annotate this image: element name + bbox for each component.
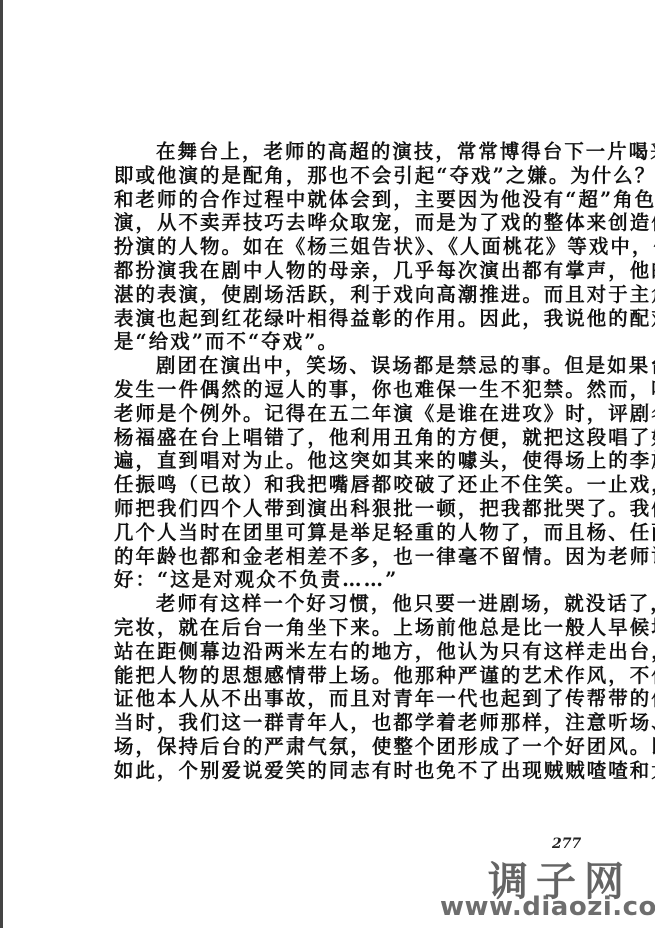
text-line: 当时，我们这一群青年人，也都学着老师那样，注意听场、候 bbox=[114, 711, 594, 735]
text-line: 场，保持后台的严肃气氛，使整个团形成了一个好团风。即使 bbox=[114, 735, 594, 759]
text-line: 演，从不卖弄技巧去哗众取宠，而是为了戏的整体来创造他所 bbox=[114, 211, 594, 235]
text-line: 在舞台上，老师的高超的演技，常常博得台下一片喝采声。 bbox=[114, 140, 594, 164]
text-line: 扮演的人物。如在《杨三姐告状》、《人面桃花》等戏中，他 bbox=[114, 235, 594, 259]
text-line: 表演也起到红花绿叶相得益彰的作用。因此，我说他的配戏就 bbox=[114, 307, 594, 331]
scan-left-edge bbox=[0, 0, 3, 928]
text-line: 站在距侧幕边沿两米左右的地方，他认为只有这样走出台，才 bbox=[114, 640, 594, 664]
text-line: 发生一件偶然的逗人的事，你也难保一生不犯禁。然而，唯独 bbox=[114, 378, 594, 402]
text-line: 老师是个例外。记得在五二年演《是谁在进攻》时，评剧名丑 bbox=[114, 402, 594, 426]
text-line: 老师有这样一个好习惯，他只要一进剧场，就没话了，化 bbox=[114, 592, 594, 616]
text-line: 杨福盛在台上唱错了，他利用丑角的方便，就把这段唱了好几 bbox=[114, 426, 594, 450]
text-line: 证他本人从不出事故，而且对青年一代也起到了传帮带的作用。 bbox=[114, 687, 594, 711]
page-body: 在舞台上，老师的高超的演技，常常博得台下一片喝采声。 即或他演的是配角，那也不会… bbox=[114, 140, 594, 783]
text-line: 师把我们四个人带到演出科狠批一顿，把我都批哭了。我们这 bbox=[114, 497, 594, 521]
text-line: 和老师的合作过程中就体会到，主要因为他没有“超”角色的表 bbox=[114, 188, 594, 212]
text-line: 任振鸣（已故）和我把嘴唇都咬破了还止不住笑。一止戏，老 bbox=[114, 473, 594, 497]
text-line: 遍，直到唱对为止。他这突如其来的噱头，使得场上的李放、 bbox=[114, 449, 594, 473]
watermark-url: www.diaozi.com bbox=[440, 892, 655, 922]
text-line: 好：“这是对观众不负责……” bbox=[114, 568, 594, 592]
text-line: 能把人物的思想感情带上场。他那种严谨的艺术作风，不仅保 bbox=[114, 664, 594, 688]
text-line: 完妆，就在后台一角坐下来。上场前他总是比一般人早候场， bbox=[114, 616, 594, 640]
text-line: 剧团在演出中，笑场、误场都是禁忌的事。但是如果台上 bbox=[114, 354, 594, 378]
text-line: 即或他演的是配角，那也不会引起“夺戏”之嫌。为什么？我 bbox=[114, 164, 594, 188]
text-line: 几个人当时在团里可算是举足轻重的人物了，而且杨、任两位 bbox=[114, 521, 594, 545]
text-line: 是“给戏”而不“夺戏”。 bbox=[114, 330, 594, 354]
text-line: 的年龄也都和金老相差不多，也一律毫不留情。因为老师说的 bbox=[114, 545, 594, 569]
text-line: 都扮演我在剧中人物的母亲，几乎每次演出都有掌声，他的精 bbox=[114, 259, 594, 283]
text-line: 湛的表演，使剧场活跃，利于戏向高潮推进。而且对于主角的 bbox=[114, 283, 594, 307]
text-line: 如此，个别爱说爱笑的同志有时也免不了出现贼贼喳喳和大声 bbox=[114, 759, 594, 783]
